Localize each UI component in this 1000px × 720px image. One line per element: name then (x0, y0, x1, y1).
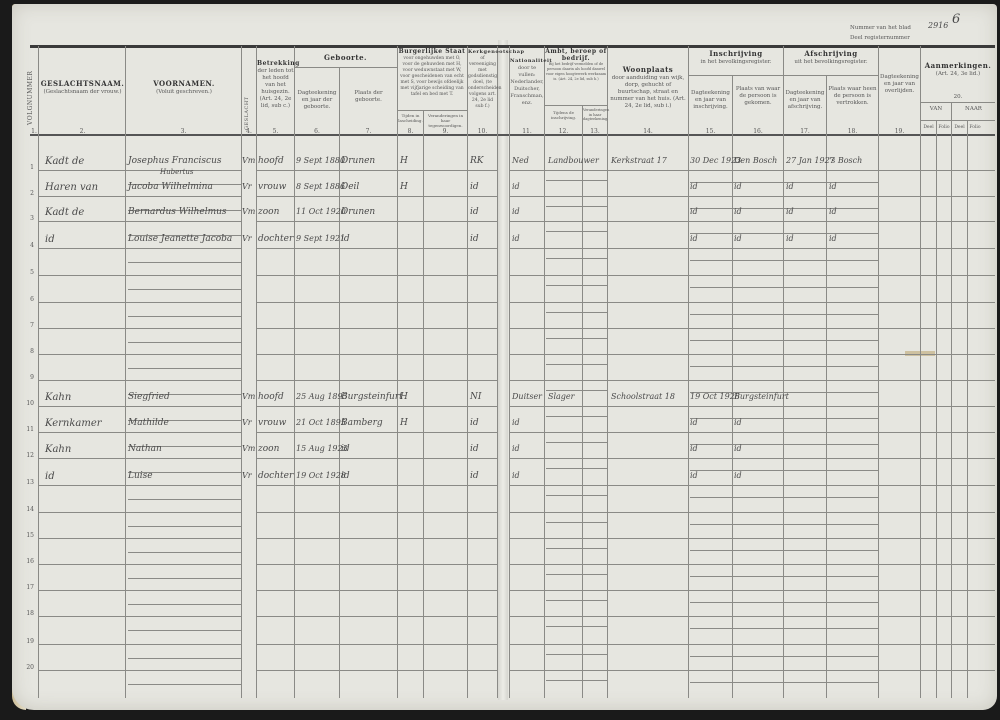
cell-civil: H (400, 418, 408, 428)
cell-given: Mathilde (128, 418, 169, 428)
cell-insch-date: 19 Oct 1928 (690, 392, 740, 401)
cell-afsch-to: id (829, 182, 837, 191)
cell-insch-from: Burgsteinfurt (734, 392, 789, 401)
insch-subrule (690, 628, 878, 629)
cell-sex: Vm (242, 392, 255, 401)
row-rule (256, 196, 497, 197)
header-sub: (Art. 24, 3e lid.) (936, 71, 980, 77)
occupation-subrule (546, 206, 607, 207)
cell-birth-date: 19 Oct 1928 (296, 471, 346, 480)
cell-nationality: id (512, 182, 520, 191)
cell-birth-date: 9 Sept 1921 (296, 234, 345, 243)
cell-birth-place: Deil (341, 182, 359, 192)
row-number: 15 (20, 532, 34, 539)
col-number: 19. (879, 128, 920, 135)
occupation-subrule (546, 600, 607, 601)
col-line (294, 46, 295, 698)
cell-given: Bernardus Wilhelmus (128, 207, 227, 217)
row-number: 13 (20, 479, 34, 486)
row-rule (256, 380, 497, 381)
row-rule (509, 564, 995, 565)
occupation-subrule (546, 468, 607, 469)
occupation-subrule (546, 522, 607, 523)
cell-birth-place: Burgsteinfurt (341, 392, 403, 402)
cell-surname: id (45, 234, 55, 245)
col-number: 9. (424, 128, 467, 135)
row-rule (38, 670, 241, 671)
col-line (582, 105, 583, 698)
header-sub: (Voluit geschreven.) (156, 89, 212, 95)
cell-insch-from: id (734, 182, 742, 191)
header-title: Burgerlijke Staat (399, 48, 466, 55)
insch-subrule (690, 444, 878, 445)
header-volgnummer: VOLGNUMMER (27, 55, 34, 125)
given-subrule (128, 316, 241, 317)
header-sub: in het bevolkingsregister. (701, 59, 772, 65)
row-number: 7 (20, 322, 34, 329)
given-subrule (128, 262, 241, 263)
col-number: 2. (40, 128, 125, 135)
row-rule (509, 458, 995, 459)
col-line (783, 46, 784, 698)
header-sub: Bij het bedrijf vermelden of de persoon … (546, 62, 606, 81)
cell-relation: dochter (258, 471, 293, 481)
cell-surname: Kahn (45, 392, 71, 403)
header-sub: voor ongehuwden met O, voor de gehuwden … (400, 56, 464, 97)
cell-birth-date: 8 Sept 1886 (296, 182, 345, 191)
occupation-subrule (546, 626, 607, 627)
header-sub: of vereeniging met godsdienstig doel, (t… (468, 56, 502, 109)
col-number: 3. (126, 128, 241, 135)
row-number: 9 (20, 374, 34, 381)
cell-surname: id (45, 471, 55, 482)
col-number: 16. (733, 128, 783, 135)
cell-sex: Vr (242, 471, 252, 480)
header-nationaliteit: Nationaliteit door te vullen: Nederlande… (510, 58, 544, 107)
row-rule (38, 616, 241, 617)
cell-insch-from: id (734, 471, 742, 480)
sheet-number-mark: 6 (952, 12, 960, 27)
row-number: 3 (20, 215, 34, 222)
sub-rule (294, 67, 397, 68)
header-naar-deel: Deel (952, 124, 967, 131)
row-number: 2 (20, 190, 34, 197)
insch-subrule (690, 550, 878, 551)
col-line (241, 46, 242, 698)
cell-relation: hoofd (258, 156, 284, 166)
row-rule (509, 380, 995, 381)
row-rule (256, 328, 497, 329)
cell-insch-from: id (734, 418, 742, 427)
cell-afsch-date: id (786, 207, 794, 216)
header-sub: door aanduiding van wijk, dorp, gehucht … (610, 75, 685, 109)
cell-residence: Kerkstraat 17 (611, 156, 667, 165)
row-rule (256, 302, 497, 303)
row-rule (256, 221, 497, 222)
row-rule (256, 354, 497, 355)
col-line (544, 46, 545, 698)
cell-afsch-to: 's Bosch (829, 156, 862, 165)
cell-given: Josephus Franciscus (128, 156, 222, 166)
row-rule (256, 170, 497, 171)
cell-relation: hoofd (258, 392, 284, 402)
cell-given: Jacoba Wilhelmina (128, 182, 213, 192)
cell-sex: Vm (242, 156, 255, 165)
header-birth-place: Plaats der geboorte. (341, 90, 396, 104)
header-burgerlijke-staat: Burgerlijke Staat voor ongehuwden met O,… (398, 49, 466, 98)
cell-surname: Kernkamer (45, 418, 102, 429)
row-rule (509, 196, 995, 197)
col-number: 6. (295, 128, 339, 135)
header-geboorte: Geboorte. (294, 54, 397, 63)
col-line (125, 46, 126, 698)
row-rule (38, 170, 241, 171)
row-rule (256, 538, 497, 539)
given-subrule (128, 658, 241, 659)
given-subrule (128, 604, 241, 605)
row-rule (38, 196, 241, 197)
cell-church: id (470, 182, 479, 192)
cell-nationality: Duitser (512, 392, 542, 401)
row-rule (509, 221, 995, 222)
row-rule (256, 512, 497, 513)
sub-rule (544, 105, 607, 106)
cell-given-extra: Hubertus (160, 168, 194, 176)
col-number: 12. (545, 128, 582, 135)
col-number: 15. (689, 128, 732, 135)
col-number: 18. (827, 128, 878, 135)
header-title: GESLACHTSNAAM. (41, 79, 125, 88)
row-rule (256, 644, 497, 645)
cell-civil: H (400, 392, 408, 402)
row-rule (509, 670, 995, 671)
header-aanmerkingen: Aanmerkingen. (Art. 24, 3e lid.) (921, 62, 995, 78)
insch-subrule (690, 418, 878, 419)
insch-subrule (690, 208, 878, 209)
cell-surname: Haren van (45, 182, 98, 193)
cell-church: RK (470, 156, 484, 166)
col-number: 10. (468, 128, 497, 135)
given-subrule (128, 499, 241, 500)
row-rule (509, 616, 995, 617)
row-rule (256, 458, 497, 459)
sheet-number-label: Nummer van het blad (850, 25, 911, 31)
insch-subrule (690, 314, 878, 315)
row-rule (38, 406, 241, 407)
row-rule (509, 432, 995, 433)
register-part-label: Deel registernummer (850, 35, 910, 41)
col-line (467, 46, 468, 698)
cell-given: Luise (128, 471, 153, 481)
row-rule (509, 302, 995, 303)
insch-subrule (690, 470, 878, 471)
cell-insch-date: id (690, 471, 698, 480)
occupation-subrule (546, 416, 607, 417)
cell-afsch-to: id (829, 234, 837, 243)
insch-subrule (690, 524, 878, 525)
occupation-subrule (546, 285, 607, 286)
cell-afsch-date: id (786, 234, 794, 243)
page-gutter (498, 40, 508, 700)
row-number: 18 (20, 610, 34, 617)
occupation-subrule (546, 680, 607, 681)
given-subrule (128, 289, 241, 290)
row-rule (38, 275, 241, 276)
header-sub: (Geslachtsnaam der vrouw.) (43, 89, 121, 95)
row-rule (38, 590, 241, 591)
cell-insch-date: id (690, 182, 698, 191)
given-subrule (128, 526, 241, 527)
cell-relation: zoon (258, 207, 279, 217)
header-betrekking: Betrekking der leden tot het hoofd van h… (257, 60, 294, 110)
cell-afsch-date: id (786, 182, 794, 191)
col-line (397, 46, 398, 698)
col-line (951, 102, 952, 698)
col-number: 17. (784, 128, 826, 135)
row-rule (256, 485, 497, 486)
cell-afsch-date: 27 Jan 1927 (786, 156, 835, 165)
cell-sex: Vm (242, 207, 255, 216)
col-number: 14. (608, 128, 688, 135)
cell-insch-from: id (734, 207, 742, 216)
occupation-subrule (546, 574, 607, 575)
col-number: 1. (30, 128, 38, 135)
insch-subrule (690, 233, 878, 234)
cell-surname: Kadt de (45, 156, 84, 167)
header-col20: 20. (921, 94, 995, 101)
row-number: 19 (20, 638, 34, 645)
header-col12: Tijdens de inschrijving. (545, 110, 582, 120)
cell-afsch-to: id (829, 207, 837, 216)
cell-insch-date: id (690, 444, 698, 453)
row-rule (509, 512, 995, 513)
header-naar-folio: Folio (968, 124, 982, 131)
row-rule (256, 432, 497, 433)
row-rule (509, 354, 995, 355)
col-line (826, 75, 827, 698)
cell-church: id (470, 234, 479, 244)
sub-rule (688, 75, 878, 76)
header-voornamen: VOORNAMEN. (Voluit geschreven.) (127, 80, 241, 96)
col-line (732, 75, 733, 698)
cell-occupation: Landbouwer (548, 156, 599, 165)
header-ambt: Ambt, beroep of bedrijf. Bij het bedrijf… (545, 48, 607, 82)
occupation-subrule (546, 548, 607, 549)
cell-insch-date: id (690, 207, 698, 216)
cell-occupation: Slager (548, 392, 575, 401)
cell-birth-date: 11 Oct 1920 (296, 207, 346, 216)
row-rule (509, 538, 995, 539)
cell-relation: vrouw (258, 418, 286, 428)
row-rule (38, 485, 241, 486)
row-rule (38, 354, 241, 355)
cell-birth-place: Drunen (341, 156, 375, 166)
col-line (256, 46, 257, 698)
col-line (38, 46, 39, 698)
col-line (936, 120, 937, 698)
header-top-rule (30, 45, 995, 48)
header-title: Inschrijving (709, 49, 762, 58)
cell-church: id (470, 444, 479, 454)
row-rule (38, 248, 241, 249)
row-rule (509, 248, 995, 249)
cell-birth-place: Bamberg (341, 418, 383, 428)
row-number: 20 (20, 664, 34, 671)
col-number: 5. (257, 128, 294, 135)
row-number: 1 (20, 164, 34, 171)
cell-nationality: id (512, 207, 520, 216)
insch-subrule (690, 260, 878, 261)
row-rule (509, 328, 995, 329)
header-col18: Plaats waar heen de persoon is vertrokke… (827, 86, 878, 107)
sub-rule (920, 120, 995, 121)
row-rule (38, 432, 241, 433)
cell-church: id (470, 207, 479, 217)
col-line (423, 110, 424, 698)
header-title: Aanmerkingen. (925, 61, 992, 70)
cell-insch-from: Den Bosch (734, 156, 777, 165)
col-number: 4. (242, 128, 256, 135)
col-number: 11. (510, 128, 544, 135)
cell-given: Siegfried (128, 392, 170, 402)
cell-birth-date: 25 Aug 1895 (296, 392, 348, 401)
occupation-subrule (546, 231, 607, 232)
cell-given: Nathan (128, 444, 162, 454)
cell-sex: Vr (242, 234, 252, 243)
occupation-subrule (546, 442, 607, 443)
cell-church: id (470, 418, 479, 428)
header-inschrijving: Inschrijving in het bevolkingsregister. (689, 50, 783, 66)
col-line (967, 120, 968, 698)
col-line (509, 46, 510, 698)
insch-subrule (690, 497, 878, 498)
row-number: 14 (20, 506, 34, 513)
given-subrule (128, 552, 241, 553)
row-number: 10 (20, 400, 34, 407)
header-van: VAN (921, 106, 951, 113)
given-subrule (128, 630, 241, 631)
cell-relation: zoon (258, 444, 279, 454)
sub-rule (920, 102, 995, 103)
header-col16: Plaats van waar de persoon is gekomen. (733, 86, 783, 107)
cell-sex: Vr (242, 418, 252, 427)
cell-church: id (470, 471, 479, 481)
header-title: Woonplaats (623, 65, 674, 74)
row-rule (509, 406, 995, 407)
row-rule (256, 616, 497, 617)
col-number: 7. (340, 128, 397, 135)
occupation-subrule (546, 312, 607, 313)
header-col17: Dagteekening en jaar van afschrijving. (784, 90, 826, 111)
occupation-subrule (546, 338, 607, 339)
row-rule (38, 221, 241, 222)
row-number: 8 (20, 348, 34, 355)
header-title: Afschrijving (804, 49, 857, 58)
row-number: 5 (20, 269, 34, 276)
cell-residence: Schoolstraat 18 (611, 392, 675, 401)
row-number: 12 (20, 452, 34, 459)
row-number: 17 (20, 584, 34, 591)
cell-birth-date: 21 Oct 1895 (296, 418, 346, 427)
header-col19: Dagteekening en jaar van overlijden. (879, 74, 920, 95)
col-line (878, 46, 879, 698)
row-rule (509, 485, 995, 486)
col-number: 8. (398, 128, 423, 135)
header-title: Kerkgenootschap (468, 49, 525, 55)
insch-subrule (690, 576, 878, 577)
occupation-subrule (546, 654, 607, 655)
cell-nationality: id (512, 444, 520, 453)
header-col8: Tijden in lascheiding. (398, 113, 423, 123)
header-geslacht: GESLACHT (244, 52, 250, 130)
row-rule (38, 644, 241, 645)
insch-subrule (690, 182, 878, 183)
header-geslachtsnaam: GESLACHTSNAAM. (Geslachtsnaam der vrouw.… (40, 80, 125, 96)
header-col9: Veranderingen in haar tegenwoordigen. (424, 113, 467, 128)
cell-nationality: id (512, 418, 520, 427)
cell-church: NI (470, 392, 481, 402)
row-number: 6 (20, 296, 34, 303)
header-naar: NAAR (952, 106, 995, 113)
occupation-subrule (546, 180, 607, 181)
cell-civil: H (400, 182, 408, 192)
cell-birth-date: 9 Sept 1880 (296, 156, 345, 165)
row-number: 4 (20, 242, 34, 249)
col-line (688, 46, 689, 698)
header-kerkgenootschap: Kerkgenootschap of vereeniging met godsd… (468, 49, 497, 110)
given-subrule (128, 684, 241, 685)
row-rule (38, 564, 241, 565)
insch-subrule (690, 340, 878, 341)
row-rule (38, 328, 241, 329)
cell-birth-place: id (341, 444, 350, 454)
row-rule (509, 590, 995, 591)
header-woonplaats: Woonplaats door aanduiding van wijk, dor… (609, 66, 687, 110)
cell-given: Louise Jeanette Jacoba (128, 234, 232, 244)
cell-birth-place: Drunen (341, 207, 375, 217)
cell-nationality: Ned (512, 156, 529, 165)
header-sub: der leden tot het hoofd van het huisgezi… (258, 68, 294, 109)
row-rule (256, 275, 497, 276)
header-afschrijving: Afschrijving uit het bevolkingsregister. (784, 50, 878, 66)
row-rule (256, 590, 497, 591)
cell-surname: Kadt de (45, 207, 84, 218)
occupation-subrule (546, 364, 607, 365)
given-subrule (128, 342, 241, 343)
col-number: 13. (583, 128, 607, 135)
cell-relation: vrouw (258, 182, 286, 192)
insch-subrule (690, 682, 878, 683)
sheet-number-value: 2916 (928, 21, 948, 30)
cell-civil: H (400, 156, 408, 166)
row-rule (256, 248, 497, 249)
row-rule (256, 670, 497, 671)
cell-surname: Kahn (45, 444, 71, 455)
insch-subrule (690, 656, 878, 657)
cell-birth-place: id (341, 471, 350, 481)
sub-rule (397, 110, 467, 111)
cell-sex: Vm (242, 444, 255, 453)
row-rule (38, 538, 241, 539)
row-rule (509, 644, 995, 645)
cell-insch-from: id (734, 444, 742, 453)
row-number: 16 (20, 558, 34, 565)
row-rule (38, 380, 241, 381)
cell-birth-date: 15 Aug 1925 (296, 444, 348, 453)
header-sub: door te vullen: Nederlander, Duitscher, … (510, 65, 543, 106)
row-rule (256, 406, 497, 407)
header-col15: Dagteekening en jaar van inschrijving. (689, 90, 732, 111)
